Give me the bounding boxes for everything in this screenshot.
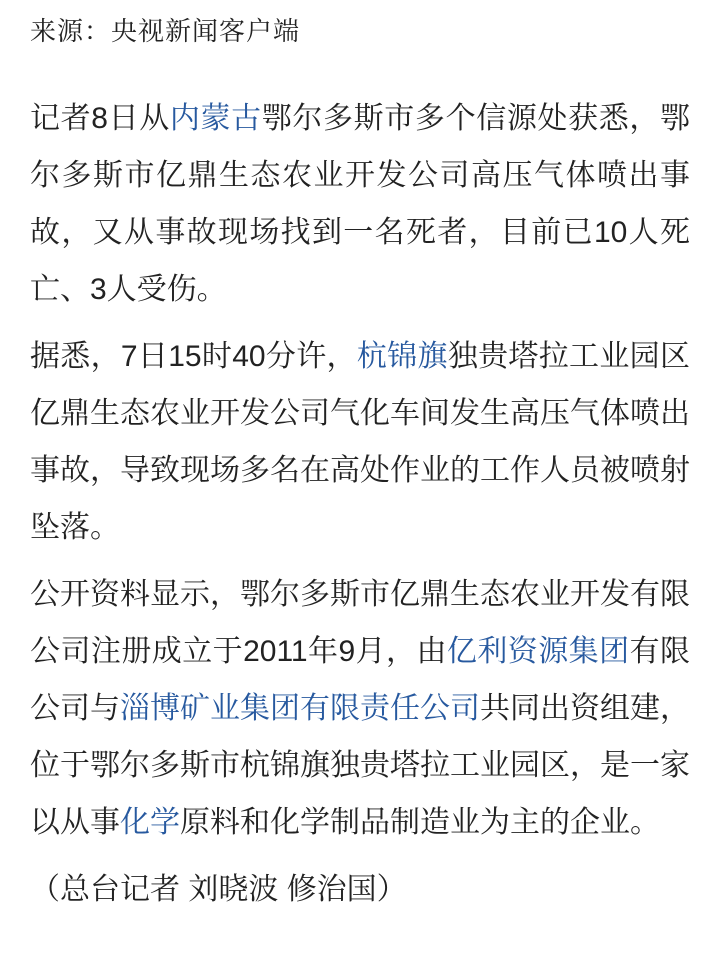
source-line: 来源：央视新闻客户端 [30,12,690,51]
text-run: 据悉，7日15时40分许， [30,340,357,373]
text-run: （总台记者 刘晓波 修治国） [30,873,407,906]
inline-link[interactable]: 亿利资源集团 [447,635,630,668]
paragraph-company-background: 公开资料显示，鄂尔多斯市亿鼎生态农业开发有限公司注册成立于2011年9月，由亿利… [30,566,690,851]
inline-link[interactable]: 杭锦旗 [357,340,448,373]
paragraph-casualties: 记者8日从内蒙古鄂尔多斯市多个信源处获悉，鄂尔多斯市亿鼎生态农业开发公司高压气体… [30,90,690,318]
credit-line: （总台记者 刘晓波 修治国） [30,861,690,918]
text-run: 记者8日从 [30,102,170,135]
inline-link[interactable]: 淄博矿业集团有限责任公司 [120,692,480,725]
inline-link[interactable]: 内蒙古 [170,102,262,135]
paragraph-incident: 据悉，7日15时40分许，杭锦旗独贵塔拉工业园区亿鼎生态农业开发公司气化车间发生… [30,328,690,556]
article-body: 记者8日从内蒙古鄂尔多斯市多个信源处获悉，鄂尔多斯市亿鼎生态农业开发公司高压气体… [30,90,690,918]
text-run: 原料和化学制品制造业为主的企业。 [180,806,660,839]
inline-link[interactable]: 化学 [120,806,180,839]
article-page: 来源：央视新闻客户端 记者8日从内蒙古鄂尔多斯市多个信源处获悉，鄂尔多斯市亿鼎生… [0,0,720,980]
